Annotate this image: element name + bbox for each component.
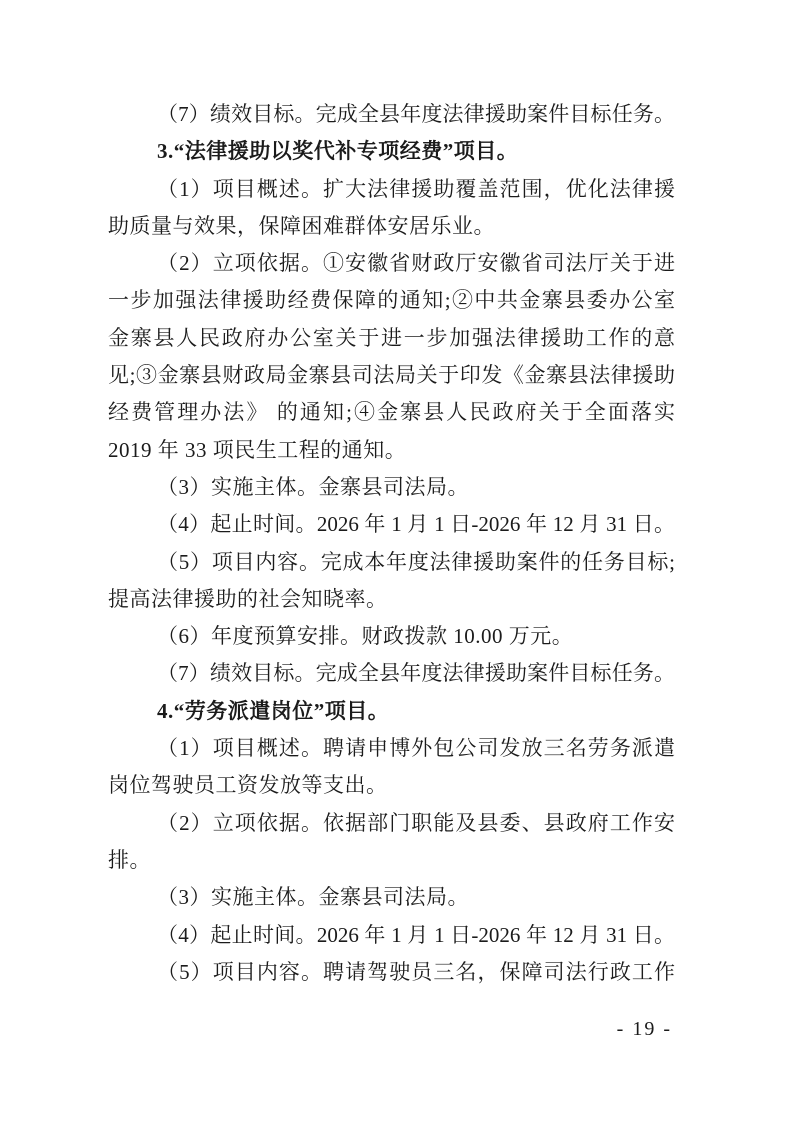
text-line: 3.“法律援助以奖代补专项经费”项目。 <box>108 133 675 170</box>
text-line: 4.“劳务派遣岗位”项目。 <box>108 693 675 730</box>
text-line: （1）项目概述。聘请申博外包公司发放三名劳务派遣 <box>108 730 675 767</box>
document-content: （7）绩效目标。完成全县年度法律援助案件目标任务。3.“法律援助以奖代补专项经费… <box>108 96 675 991</box>
text-line: 经费管理办法》 的通知;④金寨县人民政府关于全面落实 <box>108 394 675 431</box>
text-line: 岗位驾驶员工资发放等支出。 <box>108 767 675 804</box>
text-line: （4）起止时间。2026 年 1 月 1 日-2026 年 12 月 31 日。 <box>108 506 675 543</box>
text-line: （2）立项依据。①安徽省财政厅安徽省司法厅关于进 <box>108 245 675 282</box>
text-line: （5）项目内容。聘请驾驶员三名，保障司法行政工作 <box>108 954 675 991</box>
text-line: （7）绩效目标。完成全县年度法律援助案件目标任务。 <box>108 655 675 692</box>
text-line: 一步加强法律援助经费保障的通知;②中共金寨县委办公室 <box>108 282 675 319</box>
text-line: （3）实施主体。金寨县司法局。 <box>108 469 675 506</box>
text-line: （4）起止时间。2026 年 1 月 1 日-2026 年 12 月 31 日。 <box>108 917 675 954</box>
text-line: （5）项目内容。完成本年度法律援助案件的任务目标; <box>108 544 675 581</box>
text-line: 排。 <box>108 842 675 879</box>
text-line: （2）立项依据。依据部门职能及县委、县政府工作安 <box>108 805 675 842</box>
text-line: （1）项目概述。扩大法律援助覆盖范围，优化法律援 <box>108 171 675 208</box>
text-line: 提高法律援助的社会知晓率。 <box>108 581 675 618</box>
text-line: （6）年度预算安排。财政拨款 10.00 万元。 <box>108 618 675 655</box>
text-line: 见;③金寨县财政局金寨县司法局关于印发《金寨县法律援助 <box>108 357 675 394</box>
text-line: （3）实施主体。金寨县司法局。 <box>108 879 675 916</box>
text-line: 金寨县人民政府办公室关于进一步加强法律援助工作的意 <box>108 320 675 357</box>
page-number: - 19 - <box>617 1016 672 1042</box>
text-line: （7）绩效目标。完成全县年度法律援助案件目标任务。 <box>108 96 675 133</box>
document-page: （7）绩效目标。完成全县年度法律援助案件目标任务。3.“法律援助以奖代补专项经费… <box>0 0 793 1122</box>
text-line: 2019 年 33 项民生工程的通知。 <box>108 432 675 469</box>
text-line: 助质量与效果，保障困难群体安居乐业。 <box>108 208 675 245</box>
